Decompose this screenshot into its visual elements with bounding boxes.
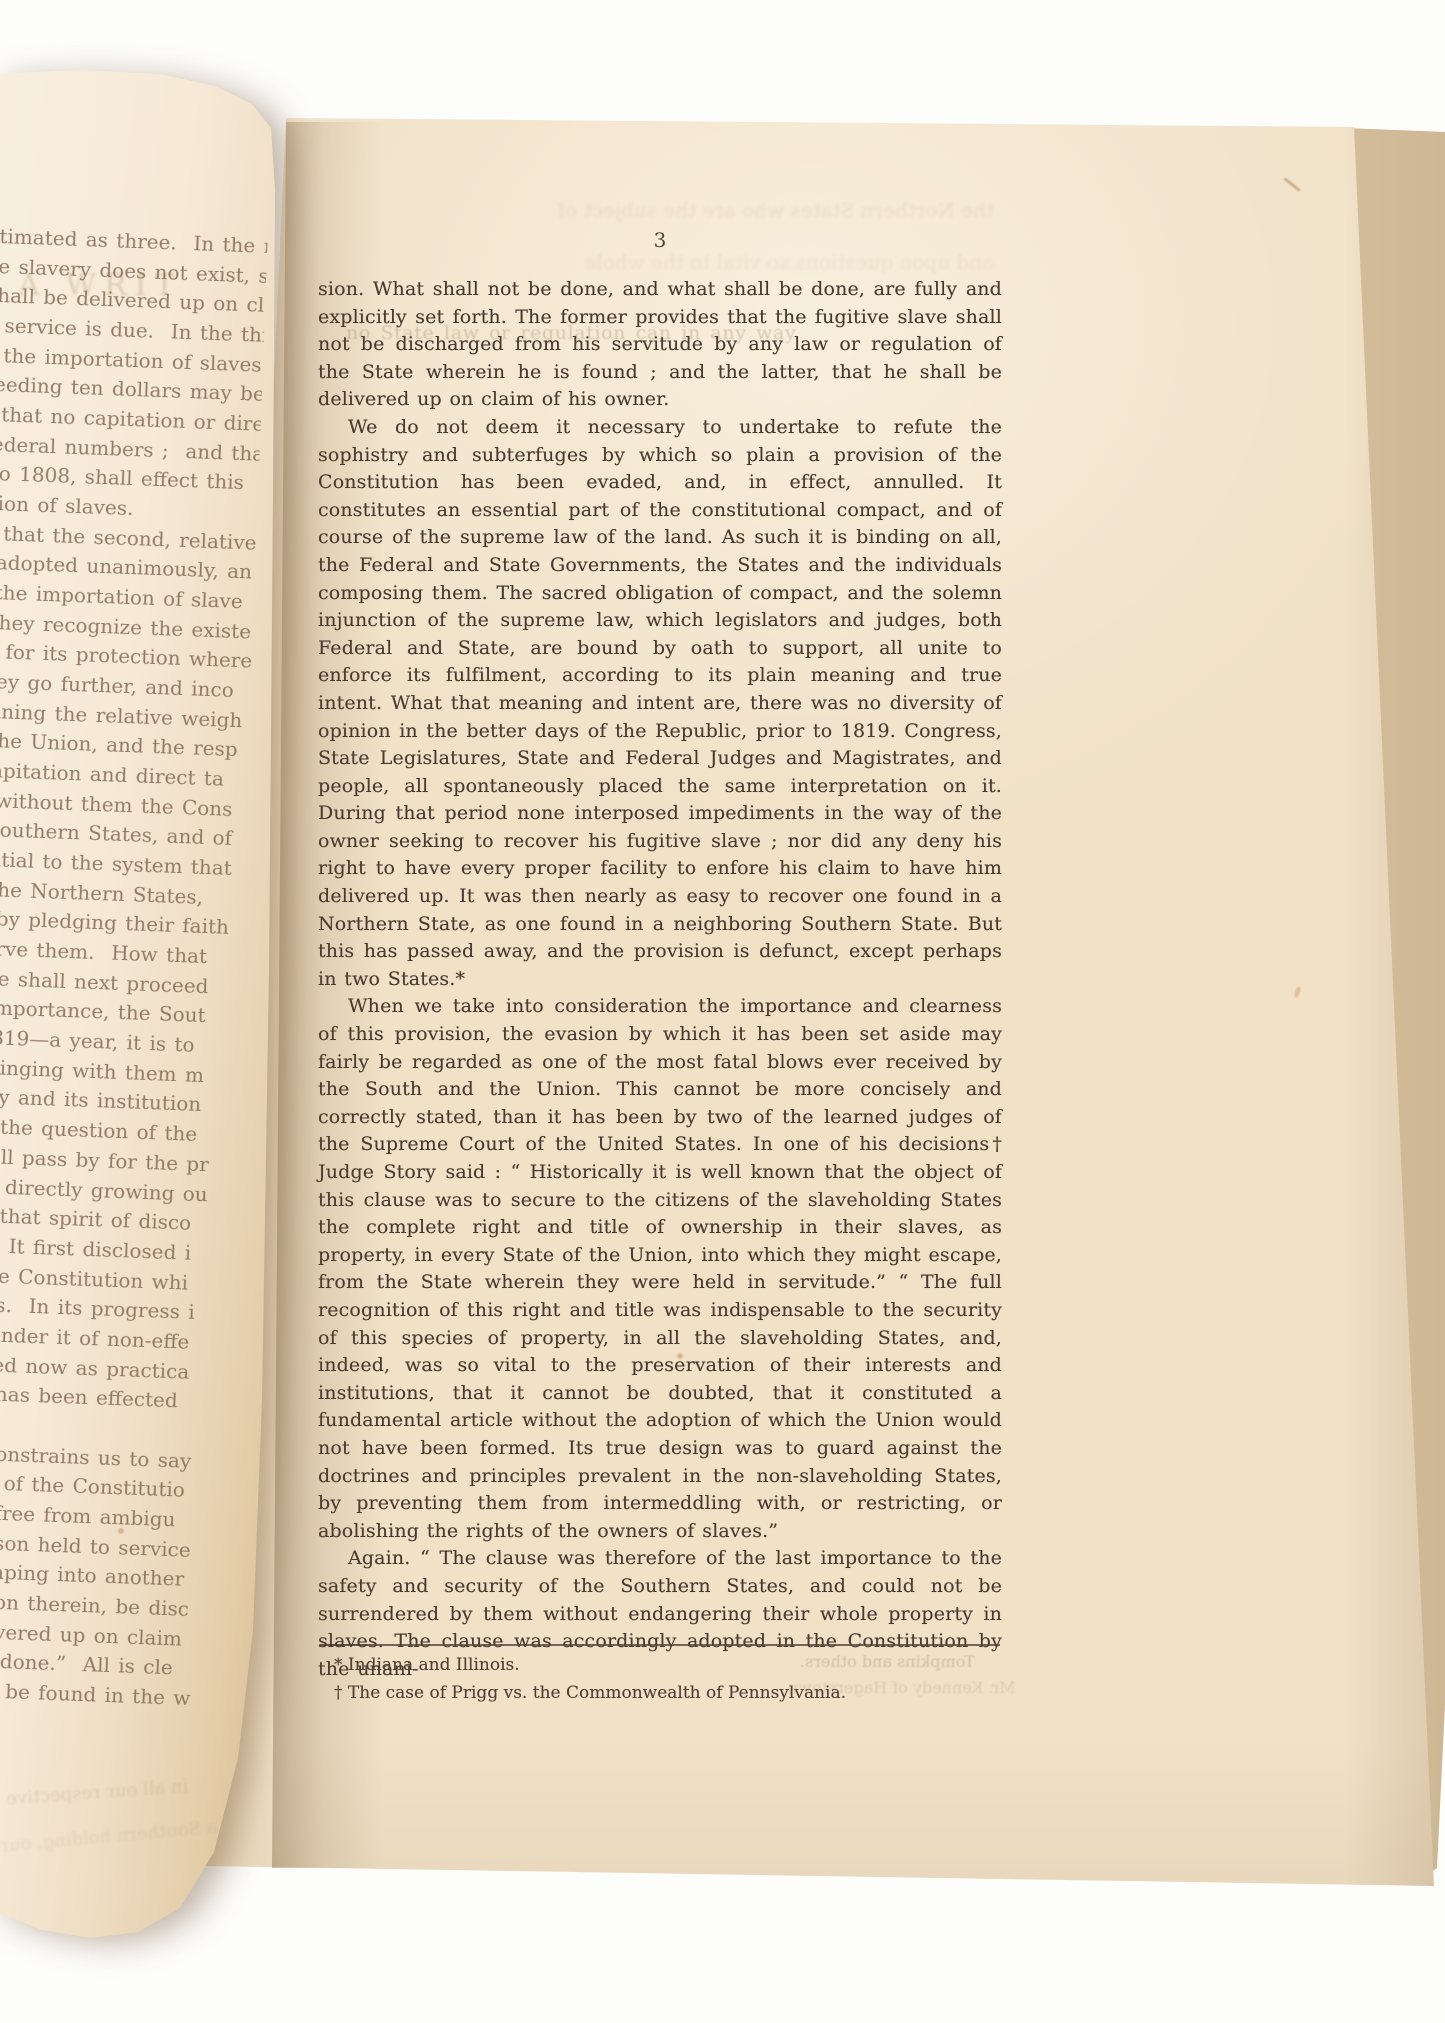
book-photograph: the Northern States who are the subject … <box>0 0 1445 2023</box>
showthrough-text: in all our respective <box>5 1776 188 1810</box>
curled-left-page-wrap: A WRIT timated as three. In the nee slav… <box>0 0 1445 2023</box>
showthrough-text: a Southern holding, our <box>0 1817 218 1857</box>
left-page-text: timated as three. In the nee slavery doe… <box>0 222 268 1714</box>
curled-left-page: A WRIT timated as three. In the nee slav… <box>0 70 282 1945</box>
